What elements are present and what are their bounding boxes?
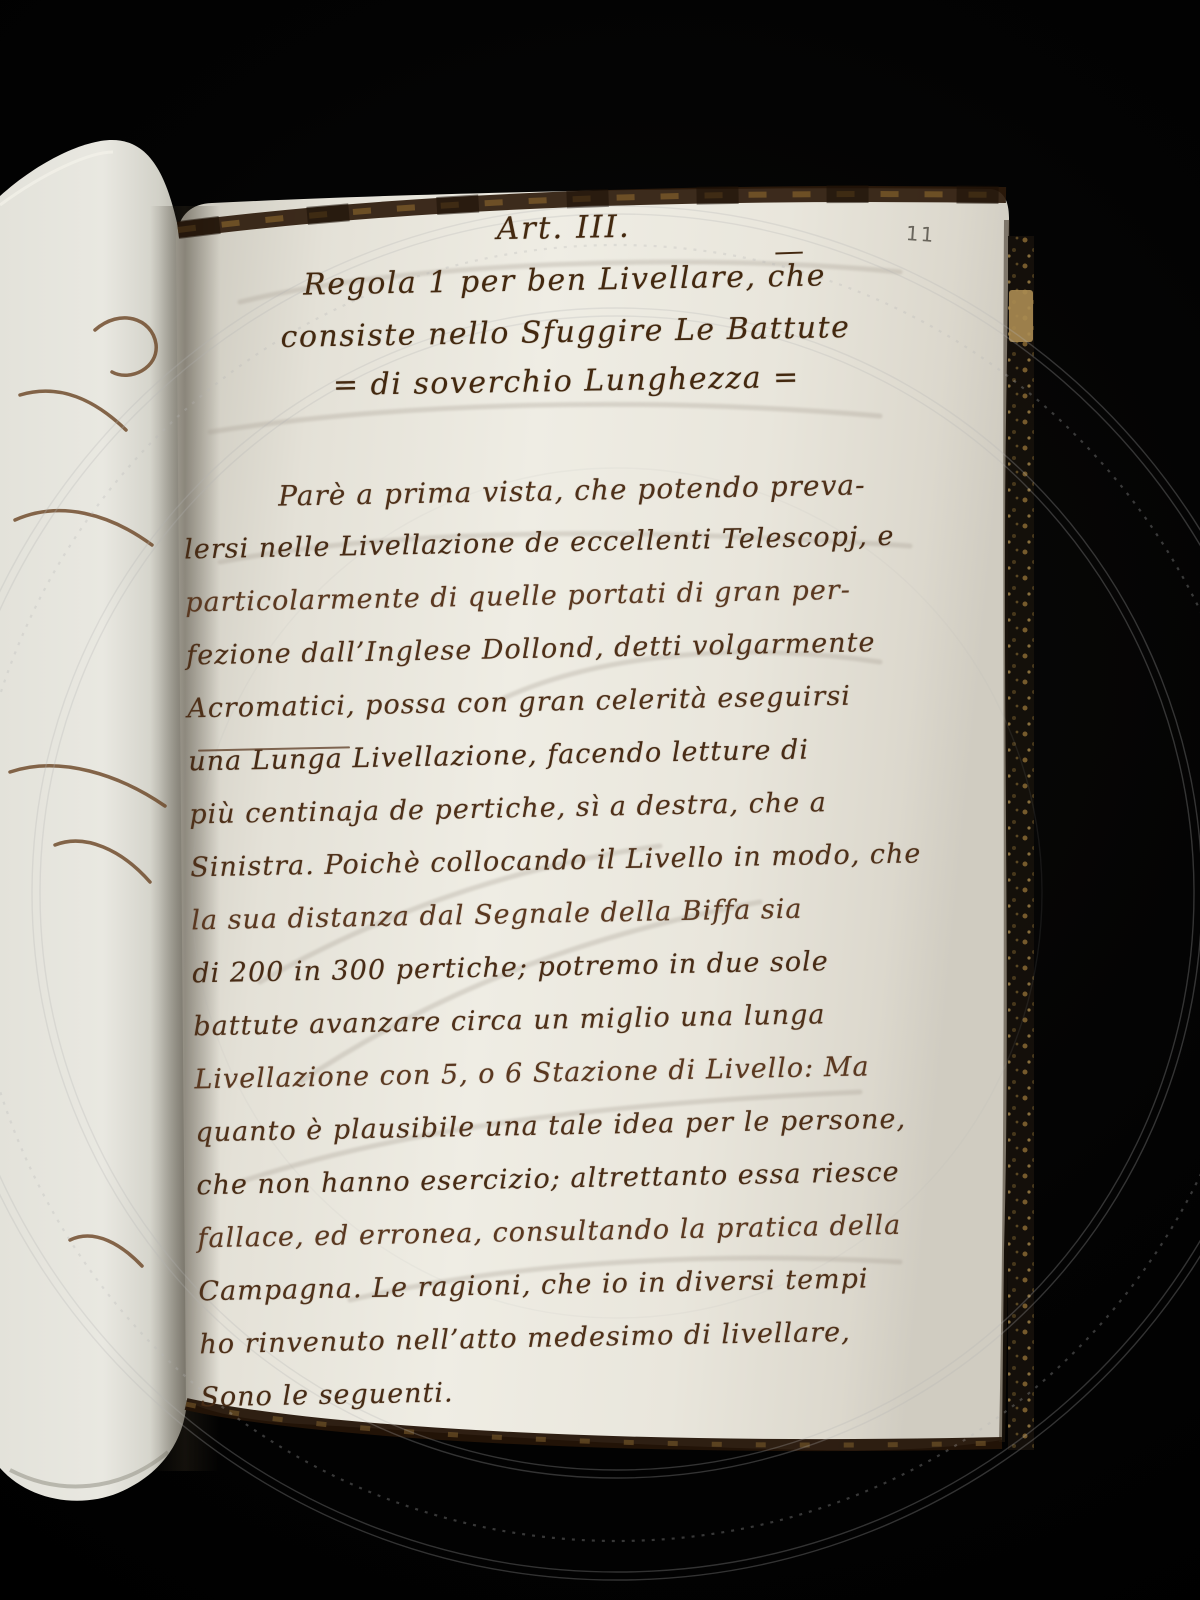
title-line: = di soverchio Lunghezza = [196, 358, 936, 406]
manuscript-text-layer: 11 — Art. III. Regola 1 per ben Livellar… [0, 0, 1200, 1600]
title-line: Regola 1 per ben Livellare, che [194, 257, 934, 305]
manuscript-body: Parè a prima vista, che potendo preva- l… [183, 467, 971, 1436]
section-heading: Art. III. Regola 1 per ben Livellare, ch… [193, 204, 936, 406]
title-line: consiste nello Sfuggire Le Battute [195, 309, 935, 357]
photo-canvas: 11 — Art. III. Regola 1 per ben Livellar… [0, 0, 1200, 1600]
article-heading: Art. III. [193, 204, 934, 253]
